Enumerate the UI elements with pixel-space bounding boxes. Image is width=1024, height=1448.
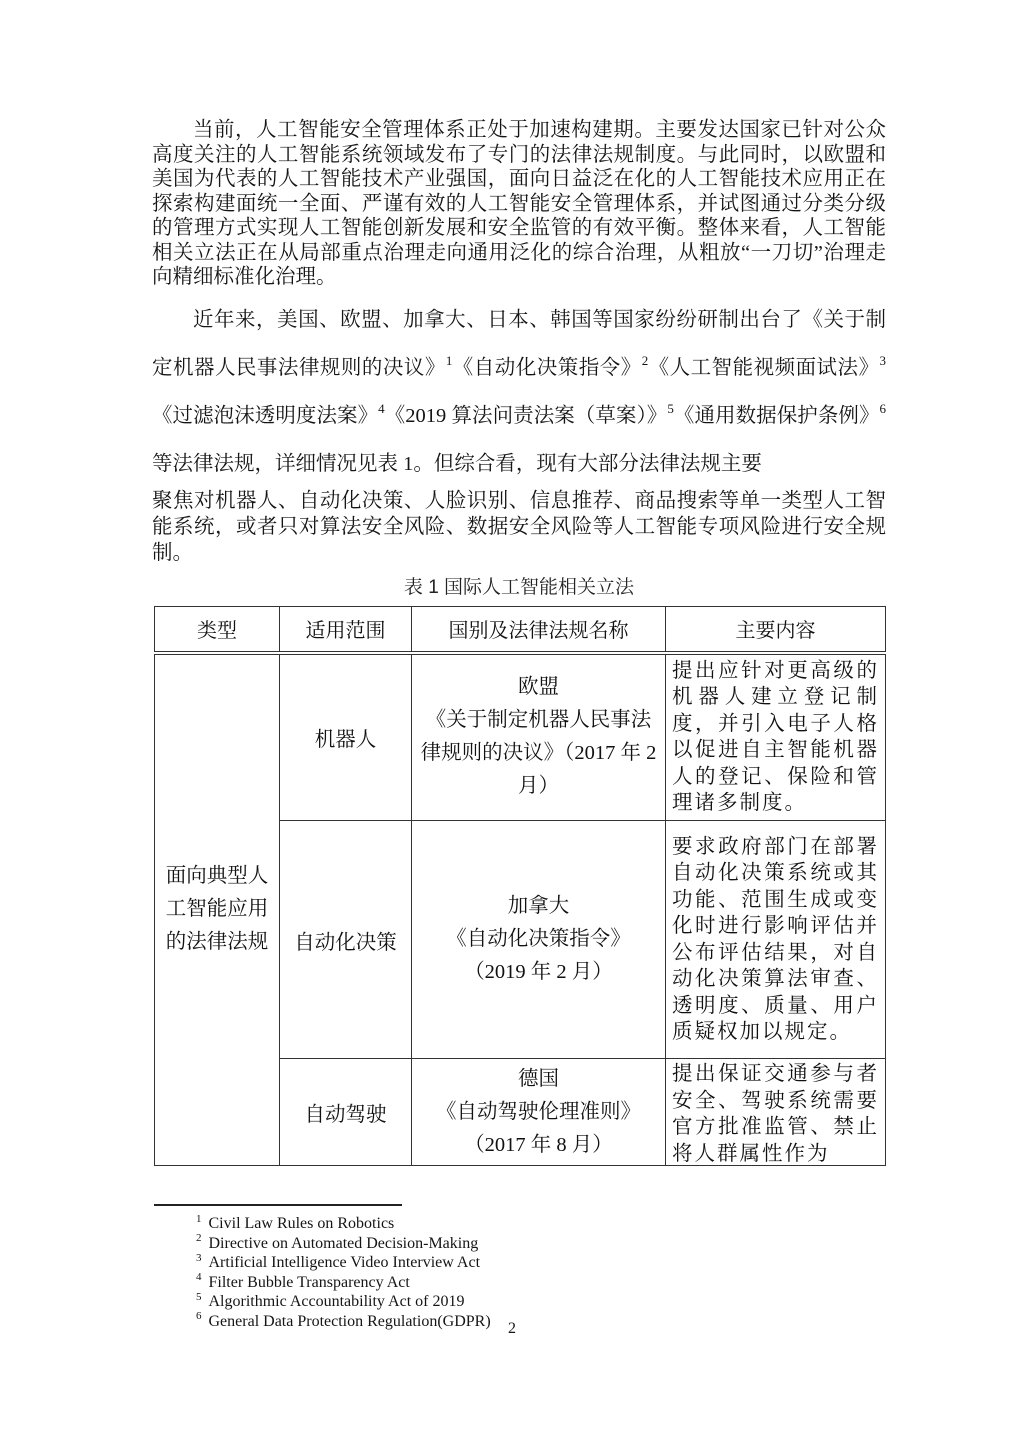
law-name-cell: 德国《自动驾驶伦理准则》（2017 年 8 月） bbox=[412, 1059, 666, 1166]
footnote-number: 5 bbox=[196, 1291, 202, 1303]
main-content-cell: 提出应针对更高级的机器人建立登记制度，并引入电子人格以促进自主智能机器人的登记、… bbox=[666, 653, 886, 821]
footnote-item: 1Civil Law Rules on Robotics bbox=[196, 1214, 886, 1234]
law-name-line: （2017 年 8 月） bbox=[418, 1129, 659, 1162]
law-name-cell: 欧盟《关于制定机器人民事法律规则的决议》（2017 年 2 月） bbox=[412, 653, 666, 821]
international-ai-legislation-table: 类型 适用范围 国别及法律法规名称 主要内容 面向典型人工智能应用的法律法规机器… bbox=[154, 606, 886, 1167]
footnote-reference: 1 bbox=[446, 353, 453, 368]
footnote-reference: 2 bbox=[642, 353, 649, 368]
header-main-content: 主要内容 bbox=[666, 606, 886, 653]
paragraph-legislation-list: 近年来，美国、欧盟、加拿大、日本、韩国等国家纷纷研制出台了《关于制定机器人民事法… bbox=[152, 296, 886, 488]
page-content: 当前，人工智能安全管理体系正处于加速构建期。主要发达国家已针对公众高度关注的人工… bbox=[152, 118, 886, 1166]
footnote-separator bbox=[154, 1204, 402, 1206]
header-scope: 适用范围 bbox=[280, 606, 412, 653]
law-name-line: 欧盟 bbox=[418, 671, 659, 704]
type-group-cell: 面向典型人工智能应用的法律法规 bbox=[155, 653, 280, 1166]
law-name-line: （2019 年 2 月） bbox=[418, 956, 659, 989]
footnote-list: 1Civil Law Rules on Robotics2Directive o… bbox=[196, 1214, 886, 1331]
footnote-item: 2Directive on Automated Decision-Making bbox=[196, 1234, 886, 1254]
main-content-cell: 要求政府部门在部署自动化决策系统或其功能、范围生成或变化时进行影响评估并公布评估… bbox=[666, 821, 886, 1059]
table-header-row: 类型 适用范围 国别及法律法规名称 主要内容 bbox=[155, 606, 886, 653]
paragraph-legislation-analysis: 聚焦对机器人、自动化决策、人脸识别、信息推荐、商品搜索等单一类型人工智能系统，或… bbox=[152, 488, 886, 566]
header-type: 类型 bbox=[155, 606, 280, 653]
footnote-reference: 6 bbox=[880, 401, 887, 416]
main-content-text: 要求政府部门在部署自动化决策系统或其功能、范围生成或变化时进行影响评估并公布评估… bbox=[672, 834, 879, 1046]
law-name-cell: 加拿大《自动化决策指令》（2019 年 2 月） bbox=[412, 821, 666, 1059]
law-name-line: 《关于制定机器人民事法律规则的决议》（2017 年 2 月） bbox=[418, 704, 659, 803]
footnote-reference: 4 bbox=[378, 401, 385, 416]
footnote-item: 3Artificial Intelligence Video Interview… bbox=[196, 1253, 886, 1273]
scope-cell: 自动化决策 bbox=[280, 821, 412, 1059]
footnote-area: 1Civil Law Rules on Robotics2Directive o… bbox=[152, 1204, 886, 1331]
main-content-text: 提出保证交通参与者安全、驾驶系统需要官方批准监管、禁止将人群属性作为 bbox=[672, 1061, 879, 1163]
scope-cell: 自动驾驶 bbox=[280, 1059, 412, 1166]
scope-cell: 机器人 bbox=[280, 653, 412, 821]
footnote-item: 4Filter Bubble Transparency Act bbox=[196, 1273, 886, 1293]
paragraph-intro: 当前，人工智能安全管理体系正处于加速构建期。主要发达国家已针对公众高度关注的人工… bbox=[152, 118, 886, 290]
header-law-name: 国别及法律法规名称 bbox=[412, 606, 666, 653]
footnote-number: 4 bbox=[196, 1271, 202, 1283]
main-content-text: 提出应针对更高级的机器人建立登记制度，并引入电子人格以促进自主智能机器人的登记、… bbox=[672, 658, 879, 817]
footnote-number: 1 bbox=[196, 1213, 202, 1225]
document-page: 当前，人工智能安全管理体系正处于加速构建期。主要发达国家已针对公众高度关注的人工… bbox=[0, 0, 1024, 1448]
footnote-reference: 3 bbox=[880, 353, 887, 368]
main-content-cell: 提出保证交通参与者安全、驾驶系统需要官方批准监管、禁止将人群属性作为 bbox=[666, 1059, 886, 1166]
law-name-line: 《自动化决策指令》 bbox=[418, 923, 659, 956]
table-row: 面向典型人工智能应用的法律法规机器人欧盟《关于制定机器人民事法律规则的决议》（2… bbox=[155, 653, 886, 821]
footnote-reference: 5 bbox=[667, 401, 674, 416]
footnote-item: 5Algorithmic Accountability Act of 2019 bbox=[196, 1292, 886, 1312]
footnote-number: 3 bbox=[196, 1252, 202, 1264]
footnote-number: 2 bbox=[196, 1232, 202, 1244]
law-name-line: 德国 bbox=[418, 1063, 659, 1096]
law-name-line: 加拿大 bbox=[418, 890, 659, 923]
table-caption: 表 1 国际人工智能相关立法 bbox=[152, 572, 886, 599]
law-name-line: 《自动驾驶伦理准则》 bbox=[418, 1096, 659, 1129]
page-number: 2 bbox=[0, 1320, 1024, 1338]
